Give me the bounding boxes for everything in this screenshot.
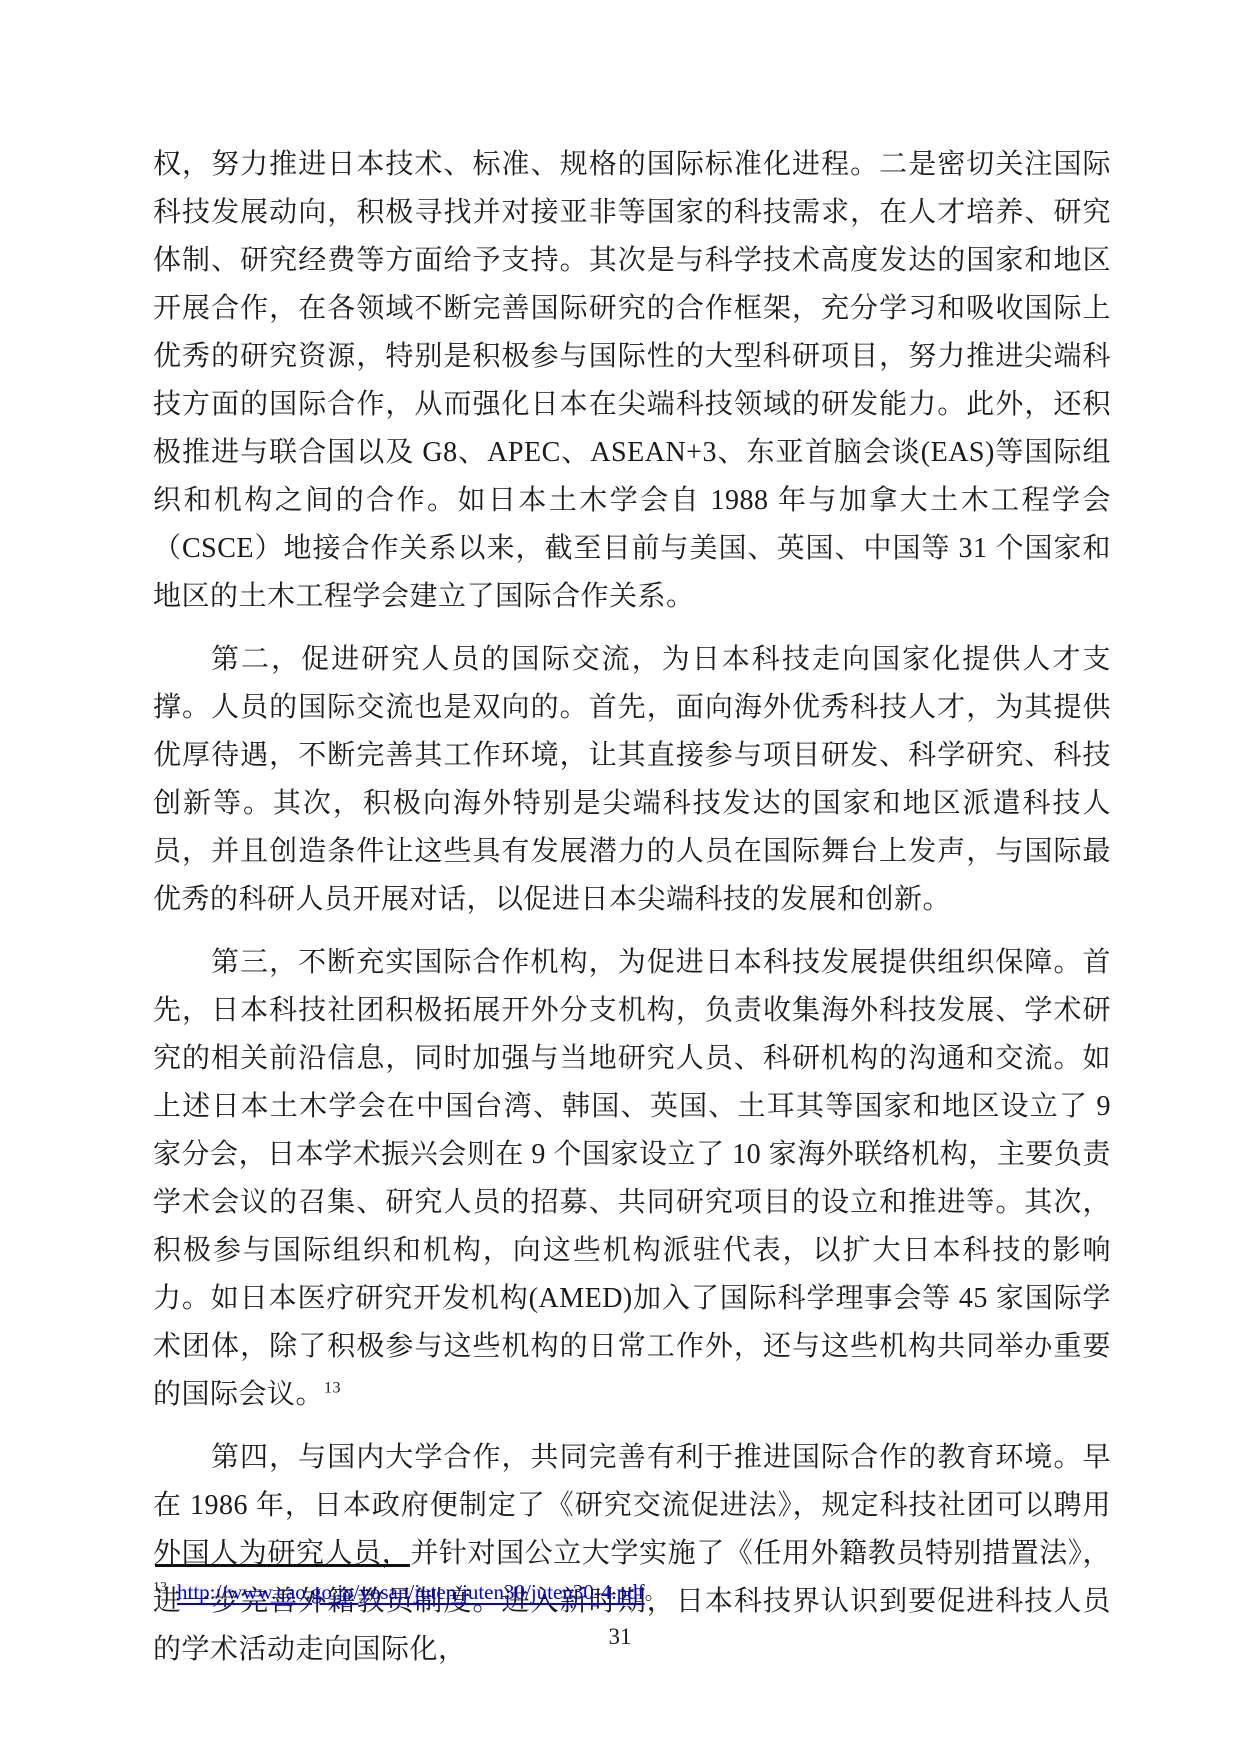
paragraph-2-text: 第二，促进研究人员的国际交流，为日本科技走向国家化提供人才支撑。人员的国际交流也… bbox=[153, 644, 1111, 915]
document-page: 权，努力推进日本技术、标准、规格的国际标准化进程。二是密切关注国际科技发展动向，… bbox=[0, 0, 1240, 1753]
footnote-reference-13: 13 bbox=[324, 1380, 341, 1397]
paragraph-3: 第三，不断充实国际合作机构，为促进日本科技发展提供组织保障。首先，日本科技社团积… bbox=[153, 939, 1111, 1419]
page-number: 31 bbox=[0, 1624, 1240, 1650]
footnote-link[interactable]: http://www.cao.go.jp/yosan/juten/juten30… bbox=[177, 1580, 645, 1604]
paragraph-2: 第二，促进研究人员的国际交流，为日本科技走向国家化提供人才支撑。人员的国际交流也… bbox=[153, 636, 1111, 924]
paragraph-1-text: 权，努力推进日本技术、标准、规格的国际标准化进程。二是密切关注国际科技发展动向，… bbox=[153, 149, 1111, 612]
footnote-13: 13http://www.cao.go.jp/yosan/juten/juten… bbox=[153, 1577, 1111, 1607]
footnote-separator bbox=[155, 1564, 410, 1567]
footnote-area: 13http://www.cao.go.jp/yosan/juten/juten… bbox=[153, 1564, 1111, 1607]
paragraph-1: 权，努力推进日本技术、标准、规格的国际标准化进程。二是密切关注国际科技发展动向，… bbox=[153, 141, 1111, 621]
paragraph-3-text: 第三，不断充实国际合作机构，为促进日本科技发展提供组织保障。首先，日本科技社团积… bbox=[153, 947, 1111, 1410]
footnote-suffix: 。 bbox=[645, 1580, 666, 1604]
footnote-number: 13 bbox=[153, 1580, 167, 1595]
document-body: 权，努力推进日本技术、标准、规格的国际标准化进程。二是密切关注国际科技发展动向，… bbox=[153, 141, 1111, 1689]
